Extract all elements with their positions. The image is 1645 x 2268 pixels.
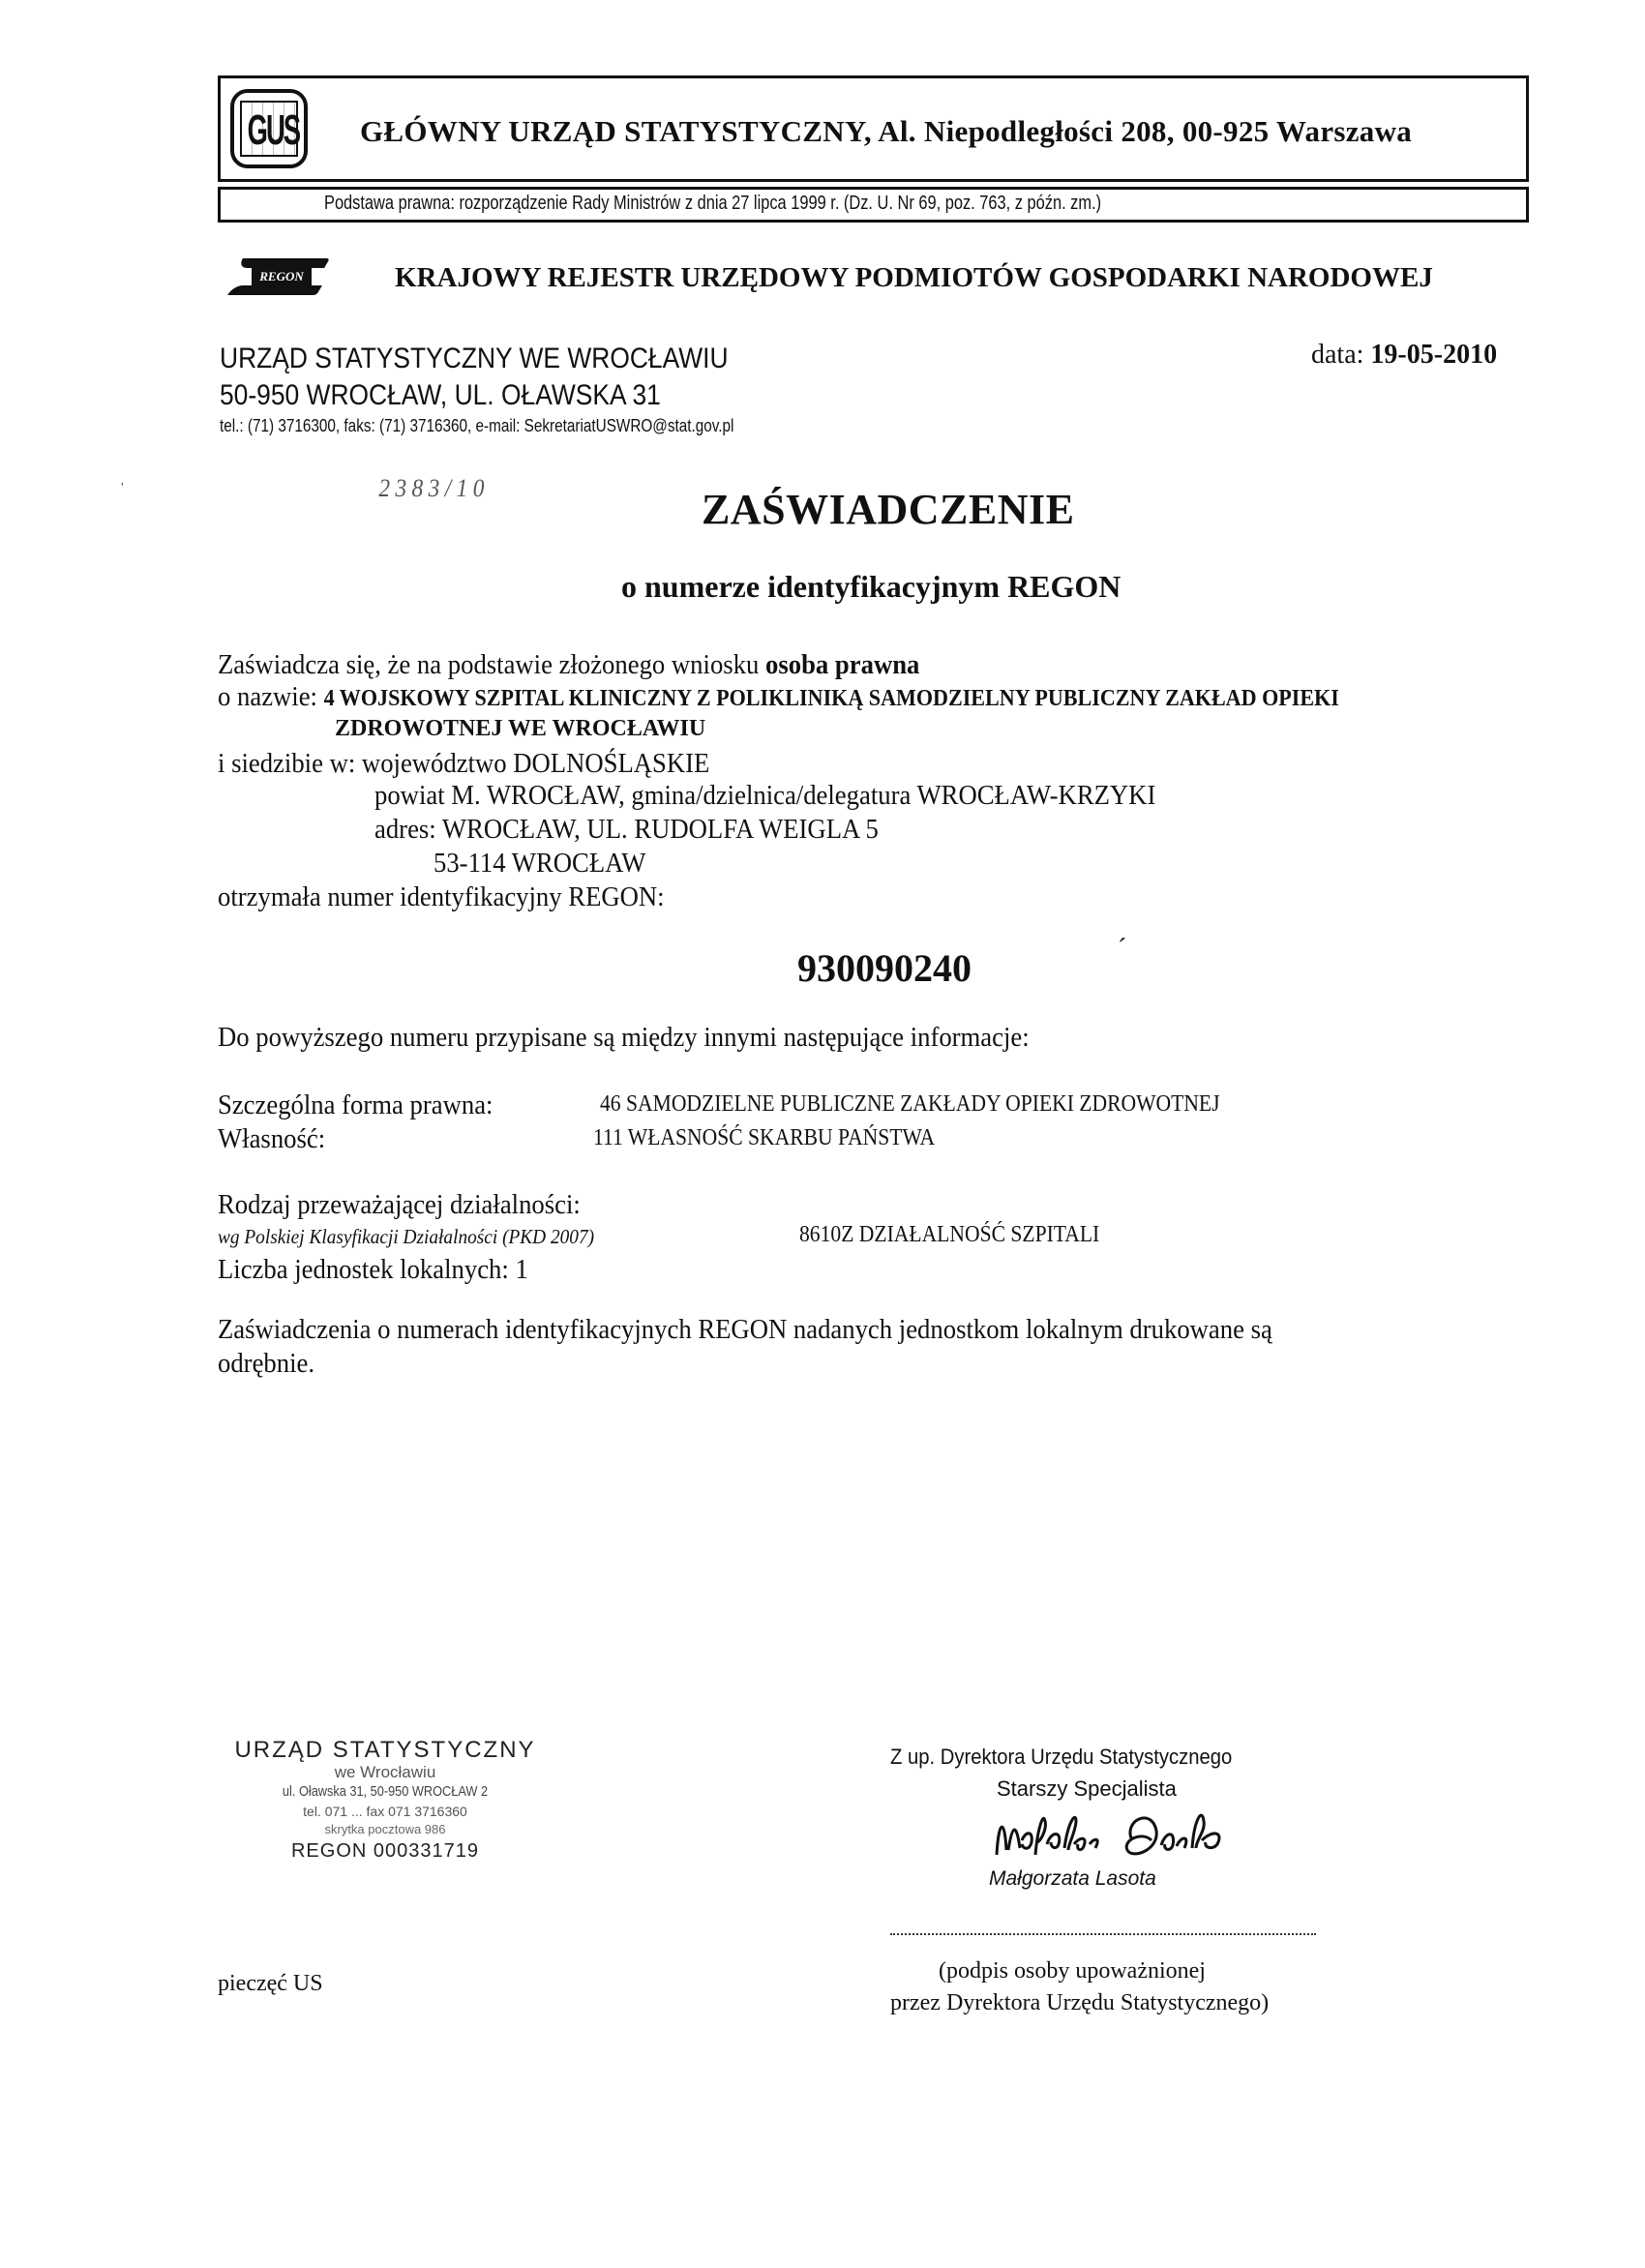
date-label: data: [1311,340,1363,370]
ownership-value: 111 WŁASNOŚĆ SKARBU PAŃSTWA [593,1125,935,1151]
local-units-value: 1 [515,1254,527,1285]
activity-value: 8610Z DZIAŁALNOŚĆ SZPITALI [799,1222,1099,1248]
office-contact: tel.: (71) 3716300, faks: (71) 3716360, … [220,416,733,436]
header-title: GŁÓWNY URZĄD STATYSTYCZNY, Al. Niepodleg… [360,114,1412,149]
details-intro: Do powyższego numeru przypisane są międz… [218,1022,1030,1054]
issue-date: data: 19-05-2010 [1311,340,1497,371]
signature-caption-line1: (podpis osoby upoważnionej [939,1958,1206,1984]
handwritten-number: 2383/10 [378,474,490,503]
legal-form-label: Szczególna forma prawna: [218,1089,493,1121]
activity-label: Rodzaj przeważającej działalności: [218,1189,581,1221]
signature-caption-line2: przez Dyrektora Urzędu Statystycznego) [890,1990,1269,2016]
stamp-line5: skrytka pocztowa 986 [221,1822,550,1836]
office-address: 50-950 WROCŁAW, UL. OŁAWSKA 31 [220,379,661,412]
note-line1: Zaświadczenia o numerach identyfikacyjny… [218,1314,1272,1346]
signature-role: Starszy Specjalista [997,1776,1177,1802]
received-regon-label: otrzymała numer identyfikacyjny REGON: [218,881,665,913]
handwritten-signature [987,1802,1239,1869]
entity-name: 4 WOJSKOWY SZPITAL KLINICZNY Z POLIKLINI… [324,686,1339,711]
signature-authority: Z up. Dyrektora Urzędu Statystycznego [890,1745,1232,1770]
signatory-name: Małgorzata Lasota [989,1867,1156,1891]
entity-district: powiat M. WROCŁAW, gmina/dzielnica/deleg… [374,780,1155,812]
note-line2: odrębnie. [218,1348,314,1380]
signature-line [890,1933,1316,1935]
document-title: ZAŚWIADCZENIE [702,485,1074,534]
ownership-label: Własność: [218,1123,325,1155]
certification-intro: Zaświadcza się, że na podstawie złożoneg… [218,649,919,681]
gus-logo: GUS [230,89,308,168]
stamp-line4: tel. 071 ... fax 071 3716360 [221,1804,550,1819]
date-value: 19-05-2010 [1370,340,1497,370]
local-units: Liczba jednostek lokalnych: 1 [218,1254,528,1286]
office-name: URZĄD STATYSTYCZNY WE WROCŁAWIU [220,343,729,375]
check-mark: ˊ [1118,934,1126,965]
activity-classification: wg Polskiej Klasyfikacji Działalności (P… [218,1225,594,1249]
scan-mark: ' [121,481,124,496]
entity-name-line2: ZDROWOTNEJ WE WROCŁAWIU [335,716,705,742]
entity-postal: 53-114 WROCŁAW [434,848,645,880]
regon-number: 930090240 [797,945,972,991]
stamp-line6: REGON 000331719 [221,1840,550,1863]
entity-type: osoba prawna [765,649,919,680]
legal-basis-text: Podstawa prawna: rozporządzenie Rady Min… [324,193,1101,215]
stamp-label: pieczęć US [218,1971,323,1997]
stamp-line1: URZĄD STATYSTYCZNY [221,1737,550,1764]
entity-name-line1: o nazwie: 4 WOJSKOWY SZPITAL KLINICZNY Z… [218,681,1339,713]
document-subtitle: o numerze identyfikacyjnym REGON [621,569,1121,605]
entity-address: adres: WROCŁAW, UL. RUDOLFA WEIGLA 5 [374,814,879,846]
registry-title: KRAJOWY REJESTR URZĘDOWY PODMIOTÓW GOSPO… [395,262,1433,294]
entity-seat: i siedzibie w: województwo DOLNOŚLĄSKIE [218,748,709,780]
regon-logo: REGON [230,256,332,297]
legal-form-value: 46 SAMODZIELNE PUBLICZNE ZAKŁADY OPIEKI … [600,1091,1220,1118]
stamp-line2: we Wrocławiu [221,1763,550,1782]
stamp-line3: ul. Oławska 31, 50-950 WROCŁAW 2 [246,1783,525,1800]
